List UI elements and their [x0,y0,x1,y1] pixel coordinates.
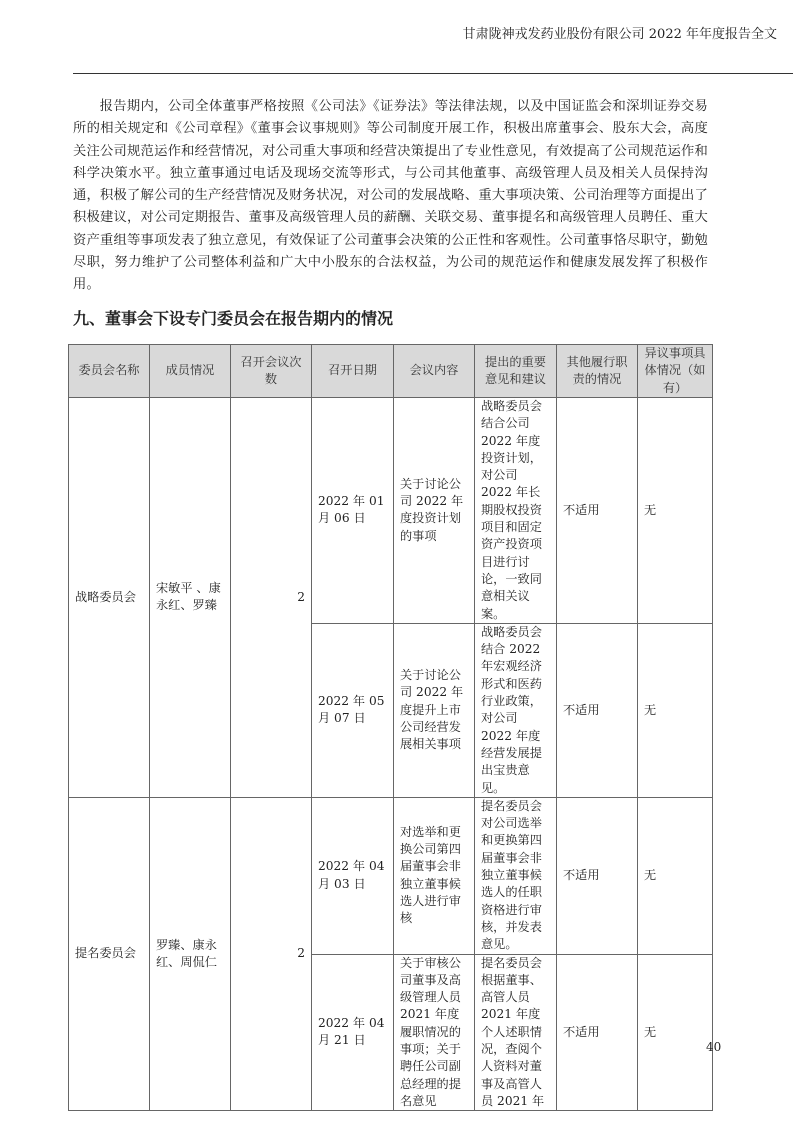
meeting-content-cell: 关于讨论公司 2022 年度投资计划的事项 [394,398,475,624]
meeting-content-cell: 关于讨论公司 2022 年度提升上市公司经营发展相关事项 [394,623,475,797]
objections-cell: 无 [638,398,713,624]
page-number: 40 [706,1040,721,1054]
section-title: 九、董事会下设专门委员会在报告期内的情况 [73,306,393,329]
table-header-row: 委员会名称 成员情况 召开会议次数 召开日期 会议内容 提出的重要意见和建议 其… [69,345,713,398]
meeting-date-cell: 2022 年 04 月 21 日 [312,954,394,1111]
other-duties-cell: 不适用 [557,954,638,1111]
document-header-title: 甘肃陇神戎发药业股份有限公司 2022 年年度报告全文 [463,23,777,42]
meeting-content-cell: 关于审核公司董事及高级管理人员 2021 年度履职情况的事项；关于聘任公司副总经… [394,954,475,1111]
header-members: 成员情况 [150,345,231,398]
table-row: 战略委员会 宋敏平 、康永红、罗臻 2 2022 年 01 月 06 日 关于讨… [69,398,713,624]
header-committee-name: 委员会名称 [69,345,150,398]
opinions-cell: 提名委员会根据董事、高管人员 2021 年度个人述职情况，查阅个人资料对董事及高… [475,954,557,1111]
committee-table: 委员会名称 成员情况 召开会议次数 召开日期 会议内容 提出的重要意见和建议 其… [68,344,713,1111]
header-other-duties: 其他履行职责的情况 [557,345,638,398]
committee-name-cell: 提名委员会 [69,797,150,1110]
objections-cell: 无 [638,954,713,1111]
table-row: 提名委员会 罗臻、康永红、周侃仁 2 2022 年 04 月 03 日 对选举和… [69,797,713,954]
header-divider [73,73,793,74]
objections-cell: 无 [638,623,713,797]
header-meeting-content: 会议内容 [394,345,475,398]
header-objections: 异议事项具体情况（如有） [638,345,713,398]
meeting-date-cell: 2022 年 05 月 07 日 [312,623,394,797]
other-duties-cell: 不适用 [557,398,638,624]
header-meeting-date: 召开日期 [312,345,394,398]
body-paragraph: 报告期内，公司全体董事严格按照《公司法》《证券法》等法律法规，以及中国证监会和深… [73,96,708,297]
members-cell: 宋敏平 、康永红、罗臻 [150,398,231,798]
meeting-date-cell: 2022 年 04 月 03 日 [312,797,394,954]
meeting-content-cell: 对选举和更换公司第四届董事会非独立董事候选人进行审核 [394,797,475,954]
members-cell: 罗臻、康永红、周侃仁 [150,797,231,1110]
committee-name-cell: 战略委员会 [69,398,150,798]
objections-cell: 无 [638,797,713,954]
header-meeting-count: 召开会议次数 [231,345,312,398]
other-duties-cell: 不适用 [557,623,638,797]
meeting-date-cell: 2022 年 01 月 06 日 [312,398,394,624]
opinions-cell: 战略委员会结合公司 2022 年度投资计划，对公司 2022 年长期股权投资项目… [475,398,557,624]
opinions-cell: 提名委员会对公司选举和更换第四届董事会非独立董事候选人的任职资格进行审核，并发表… [475,797,557,954]
opinions-cell: 战略委员会结合 2022 年宏观经济形式和医药行业政策，对公司 2022 年度经… [475,623,557,797]
meeting-count-cell: 2 [231,797,312,1110]
other-duties-cell: 不适用 [557,797,638,954]
meeting-count-cell: 2 [231,398,312,798]
header-opinions: 提出的重要意见和建议 [475,345,557,398]
